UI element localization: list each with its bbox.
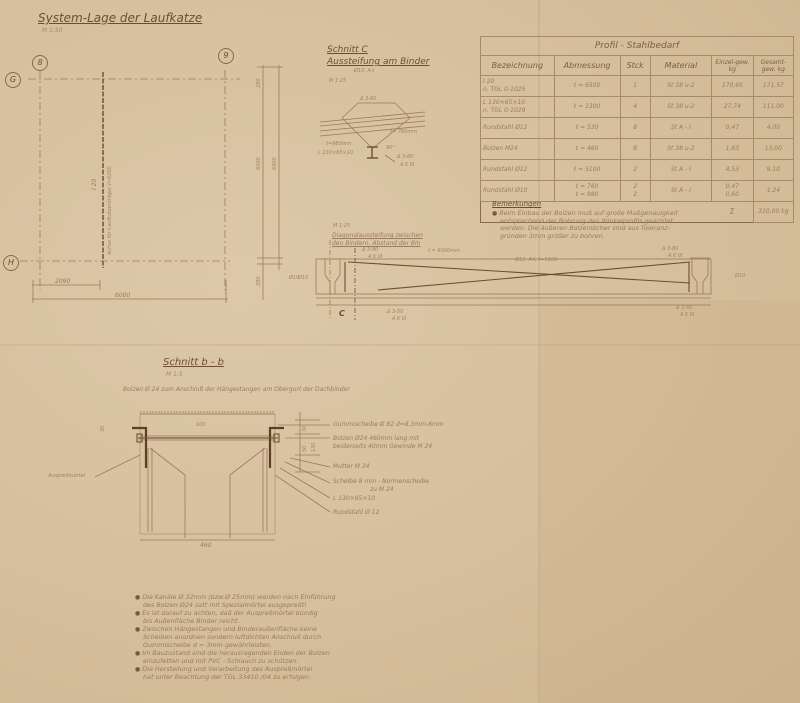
cell-material: St 38 u-2	[650, 97, 711, 118]
cell-unit-weight: 27,74	[711, 97, 753, 118]
section-bb-title: Schnitt b - b	[163, 358, 224, 368]
header-bezeichnung: Bezeichnung	[481, 56, 555, 76]
cell-name: L 130×65×10	[483, 99, 525, 106]
cell-unit-weight-2: 0,60	[726, 191, 739, 198]
cell-total-weight: 13,00	[753, 139, 793, 160]
dim-460: 460	[200, 543, 211, 549]
dim-right-top: 280	[257, 78, 262, 88]
table-row: Bolzen M24 ℓ = 460 8 St 38 u-2 1,63 13,0…	[481, 139, 794, 160]
cell-total-weight: 111,00	[753, 97, 793, 118]
note-line: Es ist darauf zu achten, daß der Auspreß…	[142, 609, 317, 617]
remarks-line: gründen 3mm größer zu bohren.	[492, 233, 678, 241]
diagonal-scale: M 1:25	[333, 224, 350, 229]
cell-dim: ℓ = 760	[576, 183, 599, 190]
table-row: Rundstahl Ø12 ℓ = 530 8 St A - I 0,47 4,…	[481, 118, 794, 139]
cell-material: St A - I	[650, 160, 711, 181]
cell-material: St 38 u-2	[650, 139, 711, 160]
header-material: Material	[650, 56, 711, 76]
diagonal-weld-bottom-left-1: Δ 3-50	[387, 310, 403, 315]
cell-total-weight: 171,57	[753, 76, 793, 97]
dim-6000: 6000	[115, 293, 130, 299]
note-line: bis Außenfläche Binder reicht.	[135, 618, 336, 626]
header-abmessung: Abmessung	[554, 56, 620, 76]
system-plan-title: System-Lage der Laufkatze	[38, 12, 202, 24]
header-gesamtgew: Gesamt-gew. kg	[753, 56, 793, 76]
section-marker-c: C	[339, 310, 345, 318]
cell-unit-weight: 170,95	[711, 76, 753, 97]
beam-label: I 20	[92, 179, 98, 190]
callout-angle: L 130×65×10	[333, 496, 375, 502]
note-line: einzufetten und mit PVC - Schlauch zu sc…	[135, 658, 336, 666]
callout-nut: Mutter M 24	[333, 464, 369, 470]
grout-label: Auspreßmörtel	[48, 474, 85, 479]
cell-qty: 2	[633, 183, 637, 190]
cell-dim: ℓ = 530	[554, 118, 620, 139]
cell-unit-weight: 1,63	[711, 139, 753, 160]
note-line: Im Bauzustand sind die herausragenden En…	[142, 649, 330, 657]
diagonal-weld-left-1: Δ 3-80	[362, 248, 378, 253]
dim-top-left: 30	[101, 426, 106, 432]
system-plan-grid	[20, 70, 240, 290]
cell-qty-2: 2	[633, 191, 637, 198]
cell-qty: 8	[620, 118, 650, 139]
section-c-length-right: ℓ= 760mm	[390, 130, 417, 135]
diagonal-title-1: Diagonalaussteifung zwischen	[332, 233, 423, 239]
sum-value: 310,00 kg	[753, 202, 793, 223]
cell-name-norm: n. TGL 0-1029	[483, 107, 525, 114]
diagonal-weld-right-2: A K III	[668, 254, 682, 259]
cell-unit-weight: 4,53	[711, 160, 753, 181]
callout-bolt: Bolzen Ø24 460mm lang mit	[333, 436, 419, 442]
note-line: Gummischeibe d = 3mm gewährleisten.	[135, 642, 336, 650]
sum-symbol: Σ	[711, 202, 753, 223]
cell-qty: 4	[620, 97, 650, 118]
table-caption: Profil - Stahlbedarf	[481, 37, 794, 56]
cell-name: Bolzen M24	[481, 139, 555, 160]
table-row: Rundstahl Ø10 ℓ = 760ℓ = 980 22 St A - I…	[481, 181, 794, 202]
cell-name: I 20	[483, 78, 494, 85]
diagonal-dim-left: Ø10	[298, 276, 308, 281]
grid-axis-9: 9	[218, 48, 234, 64]
section-c-weld-1: Δ 3-80	[397, 155, 413, 160]
cell-dim: ℓ = 6500	[554, 76, 620, 97]
cell-material: St A - I	[650, 181, 711, 202]
cell-dim: ℓ = 5100	[554, 160, 620, 181]
cell-name: Rundstahl Ø10	[481, 181, 555, 202]
dim-2090: 2090	[55, 279, 70, 285]
callout-round-bar: Rundstahl Ø 12	[333, 510, 379, 516]
header-einzelgew: Einzel-gew. kg	[711, 56, 753, 76]
drawing-sheet: System-Lage der Laufkatze M 1:50 8 9 G H…	[0, 0, 800, 703]
dim-right-bottom: 280	[257, 276, 262, 286]
cell-dim-2: ℓ = 980	[576, 191, 599, 198]
grid-axis-g: G	[5, 72, 21, 88]
cell-qty: 2	[620, 160, 650, 181]
remarks-text: Beim Einbau der Bolzen muß auf große Maß…	[492, 210, 678, 240]
section-bb-description: Bolzen Ø 24 zum Anschluß der Hängestange…	[123, 387, 350, 393]
section-c-weld-2: A K III	[400, 163, 414, 168]
section-c-scale: M 1:25	[329, 79, 346, 84]
diagonal-weld-bottom-right-2: A K III	[680, 313, 694, 318]
dim-right-3: 130	[312, 442, 317, 452]
remarks-title: Bemerkungen	[492, 201, 541, 208]
header-stck: Stck	[620, 56, 650, 76]
cell-material: St A - I	[650, 118, 711, 139]
section-c-subtitle: Aussteifung am Binder	[327, 58, 429, 67]
system-plan-scale: M 1:50	[42, 28, 63, 34]
construction-notes: Die Kanäle Ø 32mm (bzw.Ø 25mm) werden na…	[135, 594, 336, 683]
cell-total-weight: 1,24	[753, 181, 793, 202]
section-c-length-left: ℓ=980mm	[326, 142, 352, 147]
callout-bolt-thread: beiderseits 40mm Gewinde M 24	[333, 444, 432, 450]
grid-axis-8: 8	[32, 55, 48, 71]
dim-right-inner: 6300	[273, 157, 278, 170]
table-row: I 20n. TGL 0-1025 ℓ = 6500 1 St 38 u-2 1…	[481, 76, 794, 97]
diagonal-dim-right: Ø10	[735, 274, 745, 279]
diagonal-rod-label: Ø12, A-I, ℓ=5100	[515, 258, 557, 263]
section-bb-lines	[95, 412, 330, 540]
cell-material: St 38 u-2	[650, 76, 711, 97]
cell-name: Rundstahl Ø12	[481, 160, 555, 181]
dim-top-mid: 100	[196, 423, 206, 428]
note-line: des Bolzen Ø24 satt mit Spezialmörtel au…	[135, 602, 336, 610]
section-c-weld-top: Δ 3-80	[360, 97, 376, 102]
section-bb-scale: M 1:5	[166, 372, 183, 378]
cell-dim: ℓ = 1300	[554, 97, 620, 118]
diagonal-length: ℓ = 6000mm	[428, 249, 460, 254]
diagonal-weld-bottom-left-2: A K III	[392, 317, 406, 322]
section-c-title: Schnitt C	[327, 46, 368, 55]
cell-qty: 1	[620, 76, 650, 97]
remarks-line: Beim Einbau der Bolzen muß auf große Maß…	[499, 209, 678, 217]
table-header-row: Bezeichnung Abmessung Stck Material Einz…	[481, 56, 794, 76]
dim-right-outer: 6000	[257, 157, 262, 170]
section-c-angle-profile: L 130×65×10	[318, 151, 353, 156]
cell-name: Rundstahl Ø12	[481, 118, 555, 139]
callout-washer-size: zu M 24	[370, 487, 394, 493]
dim-right-1: 30	[303, 426, 308, 432]
cell-unit-weight: 0,47	[726, 183, 739, 190]
cell-total-weight: 9,10	[753, 160, 793, 181]
cell-unit-weight: 0,47	[711, 118, 753, 139]
steel-requirements-table: Profil - Stahlbedarf Bezeichnung Abmessu…	[480, 36, 794, 223]
dim-right-2: 50	[303, 446, 308, 452]
table-row: Rundstahl Ø12 ℓ = 5100 2 St A - I 4,53 9…	[481, 160, 794, 181]
diagonal-weld-right-1: Δ 3-80	[662, 247, 678, 252]
section-c-angle: 90°	[386, 146, 395, 151]
section-c-material: Ø10, A-I	[354, 69, 374, 74]
diagonal-weld-left-2: A K III	[368, 255, 382, 260]
callout-washer: Scheibe 8 mm - Normenscheibe	[333, 479, 429, 485]
cell-qty: 8	[620, 139, 650, 160]
beam-axis-description: Achse für Laufkatzenträger ℓ=6200	[108, 166, 113, 255]
note-line: Die Kanäle Ø 32mm (bzw.Ø 25mm) werden na…	[142, 593, 335, 601]
note-line: hat unter Beachtung der TGL 33410 /04 zu…	[135, 674, 336, 682]
cell-total-weight: 4,00	[753, 118, 793, 139]
cell-name-norm: n. TGL 0-1025	[483, 86, 525, 93]
cell-dim: ℓ = 460	[554, 139, 620, 160]
table-row: L 130×65×10n. TGL 0-1029 ℓ = 1300 4 St 3…	[481, 97, 794, 118]
diagonal-weld-bottom-right-1: Δ 3-50	[676, 306, 692, 311]
callout-rubber-washer: Gummischeibe Ø 82 d=8,3mm-6mm	[333, 422, 444, 428]
grid-axis-h: H	[3, 255, 19, 271]
